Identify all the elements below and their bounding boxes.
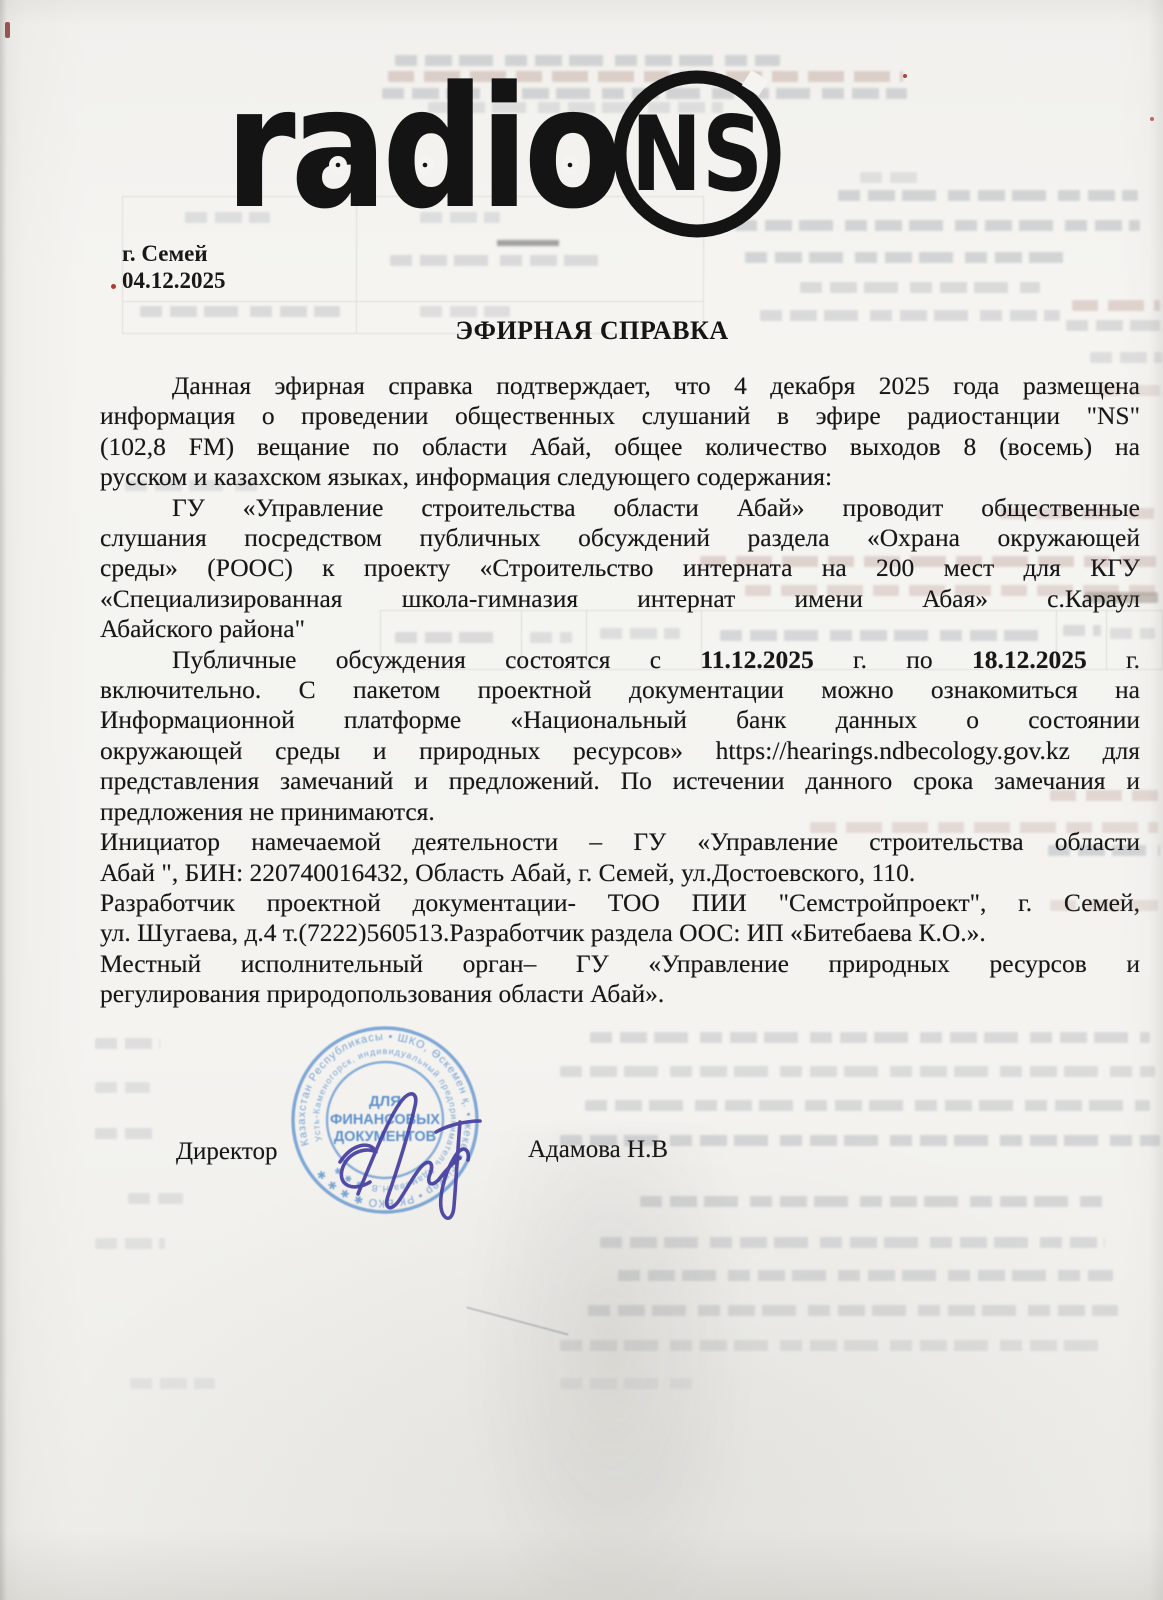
body-line: окружающей среды и природных ресурсов» h…	[100, 736, 1140, 766]
body-line: Публичные обсуждения состоятся с 11.12.2…	[100, 645, 1140, 675]
bleed-through-text	[128, 1193, 183, 1204]
body-line: регулирования природопользования области…	[100, 979, 1140, 1009]
body-line: предложения не принимаются.	[100, 797, 1140, 827]
date: 04.12.2025	[122, 267, 226, 294]
city-date-block: г. Семей 04.12.2025	[122, 240, 226, 294]
body-line: слушания посредством публичных обсуждени…	[100, 523, 1140, 553]
body-line: Данная эфирная справка подтверждает, что…	[100, 371, 1140, 401]
body-line: Информационной платформе «Национальный б…	[100, 705, 1140, 735]
bleed-through-text	[95, 1238, 165, 1249]
body-line: среды» (РООС) к проекту «Строительство и…	[100, 553, 1140, 583]
bleed-through-text	[560, 1378, 700, 1389]
bleed-through-text	[800, 282, 1040, 293]
body-line: Местный исполнительный орган– ГУ «Управл…	[100, 949, 1140, 979]
body-line: ГУ «Управление строительства области Аба…	[100, 493, 1140, 523]
body-line: Инициатор намечаемой деятельности – ГУ «…	[100, 827, 1140, 857]
body-line: «Специализированная школа-гимназия интер…	[100, 584, 1140, 614]
bleed-through-text	[588, 1305, 1118, 1316]
bleed-through-text	[1090, 352, 1162, 363]
bleed-through-text	[95, 1082, 150, 1093]
red-ink-dot	[903, 74, 907, 78]
bleed-through-text	[640, 1196, 1105, 1207]
body-line: русском и казахском языках, информация с…	[100, 462, 1140, 492]
bleed-through-text	[95, 1128, 155, 1139]
scan-smudge	[497, 240, 559, 246]
document-scan: radio NS г. Семей 04.12.2025 ЭФИРНАЯ СПР…	[0, 0, 1163, 1600]
bleed-through-text	[560, 1066, 1155, 1077]
bleed-through-text	[395, 55, 780, 66]
scanned-page: { "document": { "logo": { "word": "radio…	[0, 0, 1163, 1600]
body-line: (102,8 FM) вещание по области Абай, обще…	[100, 432, 1140, 462]
bleed-through-text	[745, 252, 1075, 263]
body-line: ул. Шугаева, д.4 т.(7222)560513.Разработ…	[100, 918, 1140, 948]
bleed-through-text	[390, 255, 600, 266]
body-line: включительно. С пакетом проектной докуме…	[100, 675, 1140, 705]
bleed-through-text	[1072, 300, 1160, 311]
bleed-through-text	[838, 190, 1138, 201]
stray-pen-line	[467, 1306, 569, 1335]
bleed-through-text	[130, 1378, 215, 1389]
body-line: Абайского района"	[100, 614, 1140, 644]
red-ink-dot	[1150, 117, 1154, 121]
logo-circle-text: NS	[631, 95, 763, 215]
body-line: Абай ", БИН: 220740016432, Область Абай,…	[100, 858, 1140, 888]
document-title: ЭФИРНАЯ СПРАВКА	[72, 316, 1112, 346]
signer-name: Адамова Н.В	[528, 1136, 668, 1164]
bleed-through-text	[860, 172, 920, 183]
radio-ns-logo: radio NS	[225, 68, 805, 240]
body-line: представления замечаний и предложений. П…	[100, 766, 1140, 796]
bleed-through-text	[585, 1100, 1150, 1111]
logo-word: radio	[225, 68, 617, 240]
bleed-through-text	[560, 1340, 1100, 1351]
body-line: Разработчик проектной документации- ТОО …	[100, 888, 1140, 918]
bleed-through-text	[95, 1038, 160, 1049]
signer-role: Директор	[176, 1138, 277, 1166]
handwritten-signature	[318, 1062, 493, 1222]
red-ink-mark	[5, 22, 10, 38]
red-ink-dot	[111, 284, 116, 289]
body-line: информация о проведении общественных слу…	[100, 401, 1140, 431]
body-paragraphs: Данная эфирная справка подтверждает, что…	[100, 371, 1140, 1010]
city: г. Семей	[122, 240, 226, 267]
bleed-through-text	[618, 1270, 1113, 1281]
bleed-through-text	[590, 1032, 1150, 1043]
bleed-through-text	[600, 1237, 1105, 1248]
